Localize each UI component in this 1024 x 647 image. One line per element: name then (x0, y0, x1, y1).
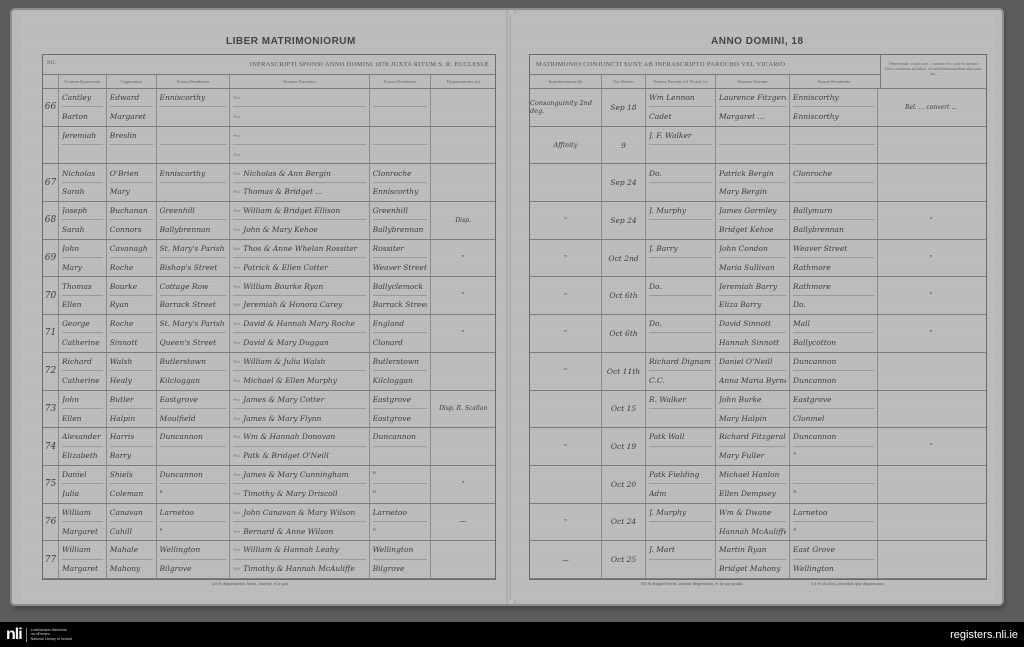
surname-text: O'Brien (110, 169, 139, 178)
parents-residence-text: Clonard (373, 338, 403, 347)
spouse-residences: Duncannon (157, 428, 231, 465)
marriage-entry-row: 72RichardCatherineWalshHealyButlerstownK… (43, 353, 495, 391)
parents: Pro (233, 145, 365, 163)
witness-residences: East GroveWellington (790, 541, 878, 578)
right-banner: MATRIMONIO CONJUNCTI SUNT AB INFRASCRIPT… (530, 55, 880, 75)
nli-logo[interactable]: nli Leabharlann Náisiúnta na hÉireann Na… (6, 627, 72, 643)
first-name-text: Margaret (62, 527, 98, 536)
impediment (530, 391, 602, 428)
witness: Hannah McAuliffe (719, 522, 786, 540)
column-header: Cognomina (107, 75, 157, 88)
parents: ProJeremiah & Honora Carey (233, 296, 365, 314)
parents: ProBernard & Anne Wilson (233, 522, 365, 540)
surname: Sinnott (110, 333, 153, 351)
parents-residences: WellingtonBilgrove (370, 541, 432, 578)
residence: Ballybrennan (160, 220, 227, 238)
parents: ProJames & Mary Flynn (233, 409, 365, 427)
parents-residence (373, 145, 428, 163)
parents-text: William Bourke Ryan (243, 282, 323, 291)
witnesses: Patrick BerginMary Bergin (716, 164, 790, 201)
marriage-date: Sep 24 (602, 202, 646, 239)
officiating-priest: Do. (646, 315, 716, 352)
witness (719, 145, 786, 163)
parents-text: Thos & Anne Whelan Rossiter (243, 244, 357, 253)
printed-label: Pro (233, 547, 240, 552)
impediment: Affinity (530, 127, 602, 164)
witness: Patrick Bergin (719, 164, 786, 182)
witness-text: James Gormley (719, 206, 777, 215)
witness-residence-text: Clonroche (793, 169, 832, 178)
parents-text: John Canavan & Mary Wilson (243, 508, 355, 517)
witness-residences (790, 127, 878, 164)
witness-residences: Weaver StreetRathmore (790, 240, 878, 277)
parents-residence: Ballyclemock (373, 277, 428, 295)
first-name-text: Nicholas (62, 169, 95, 178)
surname: Buchanan (110, 202, 153, 220)
spouse-residences: Duncannon" (157, 466, 231, 503)
column-header: Impedimentum (b) (530, 75, 602, 88)
witness: Daniel O'Neill (719, 353, 786, 371)
parents-residence-text: Kilcloggan (373, 376, 413, 385)
parents-residence-text: Weaver Street (373, 263, 427, 272)
residence-text: Duncannon (160, 470, 203, 479)
witness-residence-text: " (793, 489, 796, 498)
parents-residences: BallyclemockBarrack Street (370, 277, 432, 314)
spouse-surnames: CavanaghRoche (107, 240, 157, 277)
parents-text: Jeremiah & Honora Carey (243, 300, 342, 309)
printed-label: Pro (233, 434, 240, 439)
ceremony-entry-row: Sep 24Do.Patrick BerginMary BerginClonro… (530, 164, 986, 202)
parents: ProWilliam & Julia Walsh (233, 353, 365, 371)
witness-residence-text: " (793, 527, 796, 536)
priest (649, 258, 712, 276)
parents-residence: Weaver Street (373, 258, 428, 276)
parents-residence: Clonard (373, 333, 428, 351)
parents-residence: Barrack Street (373, 296, 428, 314)
spouse-first-names: DanielJulia (59, 466, 107, 503)
spouse-first-names: CantleyBarton (59, 89, 107, 126)
column-header: Nomina Parentum (230, 75, 369, 88)
residence: Duncannon (160, 428, 227, 446)
witness-text: Richard Fitzgerald (719, 432, 786, 441)
witness-residence-text: Clonmel (793, 414, 824, 423)
officiating-priest: J. F. Walker (646, 127, 716, 164)
dispensation (431, 164, 495, 201)
witness-text: Hannah Sinnott (719, 338, 779, 347)
priest: Adm (649, 484, 712, 502)
dispensation: — (431, 504, 495, 541)
marriage-date: Sep 18 (602, 89, 646, 126)
witness-residence: Rathmore (793, 258, 874, 276)
surname-text: Walsh (110, 357, 133, 366)
parents: ProThos & Anne Whelan Rossiter (233, 240, 365, 258)
column-header: Eorum Residentia (157, 75, 231, 88)
witness: Maria Sullivan (719, 258, 786, 276)
ceremony-entry-row: Oct 20Patk FieldingAdmMichael HanlonElle… (530, 466, 986, 504)
parents-residence: Rossiter (373, 240, 428, 258)
parents-names: ProJames & Mary CunninghamProTimothy & M… (230, 466, 369, 503)
surname-text: Margaret (110, 112, 146, 121)
right-footnote-c: (c) Si sit alius, inscribat ipse dispens… (811, 581, 885, 586)
printed-label: Pro (233, 529, 240, 534)
printed-label: Pro (233, 265, 240, 270)
priest-text: Do. (649, 169, 662, 178)
first-name-text: Catherine (62, 376, 100, 385)
first-name: Julia (62, 484, 103, 502)
witness-text: Ellen Dempsey (719, 489, 776, 498)
surname: Breslin (110, 127, 153, 145)
first-name: Alexander (62, 428, 103, 446)
right-page: ANNO DOMINI, 18 MATRIMONIO CONJUNCTI SUN… (510, 14, 994, 600)
first-name-text: Sarah (62, 187, 85, 196)
spouse-residences: Cottage RowBarrack Street (157, 277, 231, 314)
surname: Mahony (110, 560, 153, 578)
parents-residence-text: Eastgrove (373, 414, 411, 423)
surname: Shiels (110, 466, 153, 484)
spouse-residences: GreenhillBallybrennan (157, 202, 231, 239)
witness-residence: Rathmore (793, 277, 874, 295)
witness-residences: EastgroveClonmel (790, 391, 878, 428)
residence-text: Greenhill (160, 206, 195, 215)
parents-names: ProPro (230, 89, 369, 126)
printed-label: Pro (233, 378, 240, 383)
residence: Eastgrove (160, 391, 227, 409)
witness-text: David Sinnott (719, 319, 771, 328)
witness-residence (793, 466, 874, 484)
witness: Wm & Dwane (719, 504, 786, 522)
residence: Enniscorthy (160, 89, 227, 107)
site-url-link[interactable]: registers.nli.ie (950, 629, 1018, 641)
officiating-priest: J. Murphy (646, 504, 716, 541)
first-name-text: Ellen (62, 414, 82, 423)
parents-residence: Eastgrove (373, 409, 428, 427)
impediment: " (530, 277, 602, 314)
parents-residence (373, 89, 428, 107)
surname-text: Cahill (110, 527, 132, 536)
priest (649, 145, 712, 163)
impediment (530, 466, 602, 503)
residence: Bilgrove (160, 560, 227, 578)
parents-residences: "" (370, 466, 432, 503)
parents-residences: EastgroveEastgrove (370, 391, 432, 428)
surname-text: Buchanan (110, 206, 148, 215)
first-name: Jeremiah (62, 127, 103, 145)
spouse-surnames: O'BrienMary (107, 164, 157, 201)
dispensation: Disp. R. Scallan (431, 391, 495, 428)
parents: ProWilliam Bourke Ryan (233, 277, 365, 295)
priest: J. Barry (649, 240, 712, 258)
parents-residence: Wellington (373, 541, 428, 559)
printed-label: Pro (233, 340, 240, 345)
surname-text: Sinnott (110, 338, 138, 347)
residence: Greenhill (160, 202, 227, 220)
parents-residences (370, 127, 432, 164)
priest (649, 447, 712, 465)
parents: Pro (233, 107, 365, 125)
parents: ProTimothy & Mary Driscoll (233, 484, 365, 502)
right-column-headers: Impedimentum (b)Die MensisNomen Parochi … (530, 75, 880, 89)
witness-residence: Wellington (793, 560, 874, 578)
first-name: Sarah (62, 183, 103, 201)
witness-residence-text: Rathmore (793, 263, 831, 272)
priest: Richard Dignam (649, 353, 712, 371)
surname-text: Mahony (110, 564, 141, 573)
surname: Canavan (110, 504, 153, 522)
priest: R. Walker (649, 391, 712, 409)
witness-residence: " (793, 484, 874, 502)
document-viewer[interactable]: LIBER MATRIMONIORUM No. INFRASCRIPTI SPO… (0, 0, 1024, 622)
parents-names: ProDavid & Hannah Mary RocheProDavid & M… (230, 315, 369, 352)
witnesses: John CondonMaria Sullivan (716, 240, 790, 277)
marriage-entry-row: 66CantleyBartonEdwardMargaretEnniscorthy… (43, 89, 495, 127)
witness-residence: Ballybrennan (793, 220, 874, 238)
first-name-text: Jeremiah (62, 131, 96, 140)
parents-text: Patk & Bridget O'Neill (243, 451, 329, 460)
officiating-priest: J. Barry (646, 240, 716, 277)
parents-text: Michael & Ellen Murphy (243, 376, 337, 385)
surname-text: Cavanagh (110, 244, 148, 253)
column-header: Eorum Residentia (370, 75, 432, 88)
parents-residences: GreenhillBallybrennan (370, 202, 432, 239)
column-header: Eorum Residentia (790, 75, 878, 88)
witness: Eliza Barry (719, 296, 786, 314)
witness-residence-text: Enniscorthy (793, 93, 839, 102)
first-name: John (62, 391, 103, 409)
witness-residence: Mall (793, 315, 874, 333)
spouse-first-names: JohnMary (59, 240, 107, 277)
column-header: Die Mensis (602, 75, 646, 88)
first-name-text: John (62, 244, 79, 253)
witness-text: Patrick Bergin (719, 169, 774, 178)
parents-names: ProThos & Anne Whelan RossiterProPatrick… (230, 240, 369, 277)
witness-residence-text: East Grove (793, 545, 835, 554)
impediment: Consanguinity 2nd deg. (530, 89, 602, 126)
printed-label: Pro (233, 133, 240, 138)
witnesses: Richard FitzgeraldMary Fuller (716, 428, 790, 465)
witness-residence-text: Duncannon (793, 357, 836, 366)
nli-logo-subtitle: Leabharlann Náisiúnta na hÉireann Nation… (31, 628, 72, 641)
spouse-surnames: HarrisBarry (107, 428, 157, 465)
priest (649, 333, 712, 351)
witness: Ellen Dempsey (719, 484, 786, 502)
first-name: Ellen (62, 409, 103, 427)
dispensation: " (431, 240, 495, 277)
right-rows: Consanguinity 2nd deg.Sep 18Wm LennonCad… (530, 89, 986, 579)
surname: Roche (110, 315, 153, 333)
printed-label: Pro (233, 189, 240, 194)
witnesses (716, 127, 790, 164)
witness-residence: Do. (793, 296, 874, 314)
parents: Pro (233, 89, 365, 107)
parents-residence-text: " (373, 527, 376, 536)
residence: Bishop's Street (160, 258, 227, 276)
viewer-footer-bar: nli Leabharlann Náisiúnta na hÉireann Na… (0, 622, 1024, 647)
spouse-surnames: MahaleMahony (107, 541, 157, 578)
witness-residence: Duncannon (793, 353, 874, 371)
marriage-entry-row: 70ThomasEllenBourkeRyanCottage RowBarrac… (43, 277, 495, 315)
witnesses: Jeremiah BarryEliza Barry (716, 277, 790, 314)
witness: Richard Fitzgerald (719, 428, 786, 446)
parents: ProDavid & Hannah Mary Roche (233, 315, 365, 333)
priest: C.C. (649, 371, 712, 389)
surname: Roche (110, 258, 153, 276)
logo-divider (26, 628, 27, 642)
surname: Cavanagh (110, 240, 153, 258)
parents-residence-text: " (373, 489, 376, 498)
observations-note: " (878, 428, 984, 465)
parents-residence-text: England (373, 319, 405, 328)
ceremony-entry-row: "Oct 11thRichard DignamC.C.Daniel O'Neil… (530, 353, 986, 391)
residence (160, 107, 227, 125)
officiating-priest: Patk FieldingAdm (646, 466, 716, 503)
priest: J. Murphy (649, 202, 712, 220)
parents-names: ProWilliam & Hannah LeahyProTimothy & Ha… (230, 541, 369, 578)
parents: ProPatk & Bridget O'Neill (233, 447, 365, 465)
witness-text: Hannah McAuliffe (719, 527, 786, 536)
printed-label: Pro (233, 114, 240, 119)
impediment: " (530, 240, 602, 277)
first-name-text: Catherine (62, 338, 100, 347)
parents-text: John & Mary Kehoe (243, 225, 318, 234)
parents-text: Nicholas & Ann Bergin (243, 169, 331, 178)
parents-residences: ButlerstownKilcloggan (370, 353, 432, 390)
priest-text: Do. (649, 282, 662, 291)
ceremony-entry-row: "Oct 6thDo.David SinnottHannah SinnottMa… (530, 315, 986, 353)
parents-residences: Duncannon (370, 428, 432, 465)
dispensation: " (431, 315, 495, 352)
residence-text: Wellington (160, 545, 201, 554)
residence: " (160, 484, 227, 502)
witness: Hannah Sinnott (719, 333, 786, 351)
first-name-text: Joseph (62, 206, 87, 215)
witness-residence: Ballymurn (793, 202, 874, 220)
witness-residence: Enniscorthy (793, 89, 874, 107)
first-name-text: Thomas (62, 282, 92, 291)
parents-names: ProPro (230, 127, 369, 164)
parents: ProThomas & Bridget ... (233, 183, 365, 201)
column-header (43, 75, 59, 88)
first-name: Cantley (62, 89, 103, 107)
officiating-priest: J. Mart (646, 541, 716, 578)
parents-residence: England (373, 315, 428, 333)
marriage-entry-row: 75DanielJuliaShielsColemanDuncannon"ProJ… (43, 466, 495, 504)
parents: ProWm & Hannah Donovan (233, 428, 365, 446)
marriage-date: Oct 19 (602, 428, 646, 465)
column-header: Nomina Sponsorum (59, 75, 107, 88)
spouse-residences: Larnetoo" (157, 504, 231, 541)
parents-text: Wm & Hannah Donovan (243, 432, 335, 441)
parents-residence-text: Rossiter (373, 244, 404, 253)
ceremony-entry-row: "Oct 6thDo.Jeremiah BarryEliza BarryRath… (530, 277, 986, 315)
parents-residence: " (373, 522, 428, 540)
residence-text: Enniscorthy (160, 169, 206, 178)
witness-text: Jeremiah Barry (719, 282, 777, 291)
priest (649, 220, 712, 238)
parents-residence-text: Greenhill (373, 206, 408, 215)
priest: J. Mart (649, 541, 712, 559)
residence-text: Eastgrove (160, 395, 198, 404)
left-page-title: LIBER MATRIMONIORUM (226, 36, 356, 47)
witness-residence: Ballycotton (793, 333, 874, 351)
first-name-text: Cantley (62, 93, 91, 102)
residence-text: Ballybrennan (160, 225, 211, 234)
surname: Edward (110, 89, 153, 107)
right-footnote-b: (b) Si aliquod fuerit, notetur dispensat… (641, 581, 743, 586)
entry-number (43, 127, 59, 164)
first-name: Elizabeth (62, 447, 103, 465)
first-name: William (62, 504, 103, 522)
witnesses: Martin RyanBridget Mahony (716, 541, 790, 578)
first-name-text: Julia (62, 489, 79, 498)
witness-residence-text: Duncannon (793, 376, 836, 385)
parents-text: William & Bridget Ellison (243, 206, 340, 215)
parents-text: Thomas & Bridget ... (243, 187, 322, 196)
parents-residence: Bilgrove (373, 560, 428, 578)
officiating-priest: R. Walker (646, 391, 716, 428)
parents-residence-text: Ballyclemock (373, 282, 423, 291)
witness-text: Laurence Fitzgerald (719, 93, 786, 102)
surname: Healy (110, 371, 153, 389)
spouse-surnames: CanavanCahill (107, 504, 157, 541)
witness: Laurence Fitzgerald (719, 89, 786, 107)
witness-text: Mary Fuller (719, 451, 764, 460)
parents-residence-text: Bilgrove (373, 564, 405, 573)
witness-residence: Enniscorthy (793, 107, 874, 125)
witness-text: Mary Bergin (719, 187, 767, 196)
witness-text: Maria Sullivan (719, 263, 775, 272)
parents-residences: ClonrocheEnniscorthy (370, 164, 432, 201)
residence: Butlerstown (160, 353, 227, 371)
column-header: Nomen Parochi vel Vicarii (c) (646, 75, 716, 88)
residence-text: Queen's Street (160, 338, 217, 347)
dispensation (431, 353, 495, 390)
parents-text: Patrick & Ellen Cotter (243, 263, 328, 272)
parents: ProJames & Mary Cotter (233, 391, 365, 409)
officiating-priest: Do. (646, 277, 716, 314)
observations-note: Rel. ... convert ... (878, 89, 984, 126)
witness-residences: BallymurnBallybrennan (790, 202, 878, 239)
priest (649, 409, 712, 427)
witness: Bridget Kehoe (719, 220, 786, 238)
witness-residence-text: Ballymurn (793, 206, 832, 215)
first-name-text: Elizabeth (62, 451, 98, 460)
officiating-priest: Richard DignamC.C. (646, 353, 716, 390)
parents-residences: Larnetoo" (370, 504, 432, 541)
priest (649, 183, 712, 201)
dispensation (431, 127, 495, 164)
priest-text: Patk Fielding (649, 470, 699, 479)
spouse-surnames: RocheSinnott (107, 315, 157, 352)
witness-residence: " (793, 447, 874, 465)
witness-residence-text: Larnetoo (793, 508, 827, 517)
officiating-priest: Do. (646, 164, 716, 201)
residence: Enniscorthy (160, 164, 227, 182)
residence: Moulfield (160, 409, 227, 427)
witness-residence-text: Duncannon (793, 432, 836, 441)
parents-names: ProJohn Canavan & Mary WilsonProBernard … (230, 504, 369, 541)
parents: ProTimothy & Hannah McAuliffe (233, 560, 365, 578)
spouse-residences: Enniscorthy (157, 89, 231, 126)
residence-text: " (160, 489, 163, 498)
first-name-text: William (62, 545, 91, 554)
parents-names: ProWilliam & Julia WalshProMichael & Ell… (230, 353, 369, 390)
surname: Walsh (110, 353, 153, 371)
observations-note: " (878, 202, 984, 239)
priest: Do. (649, 164, 712, 182)
parents-residence: Eastgrove (373, 391, 428, 409)
first-name-text: Richard (62, 357, 92, 366)
witness: Mary Bergin (719, 183, 786, 201)
